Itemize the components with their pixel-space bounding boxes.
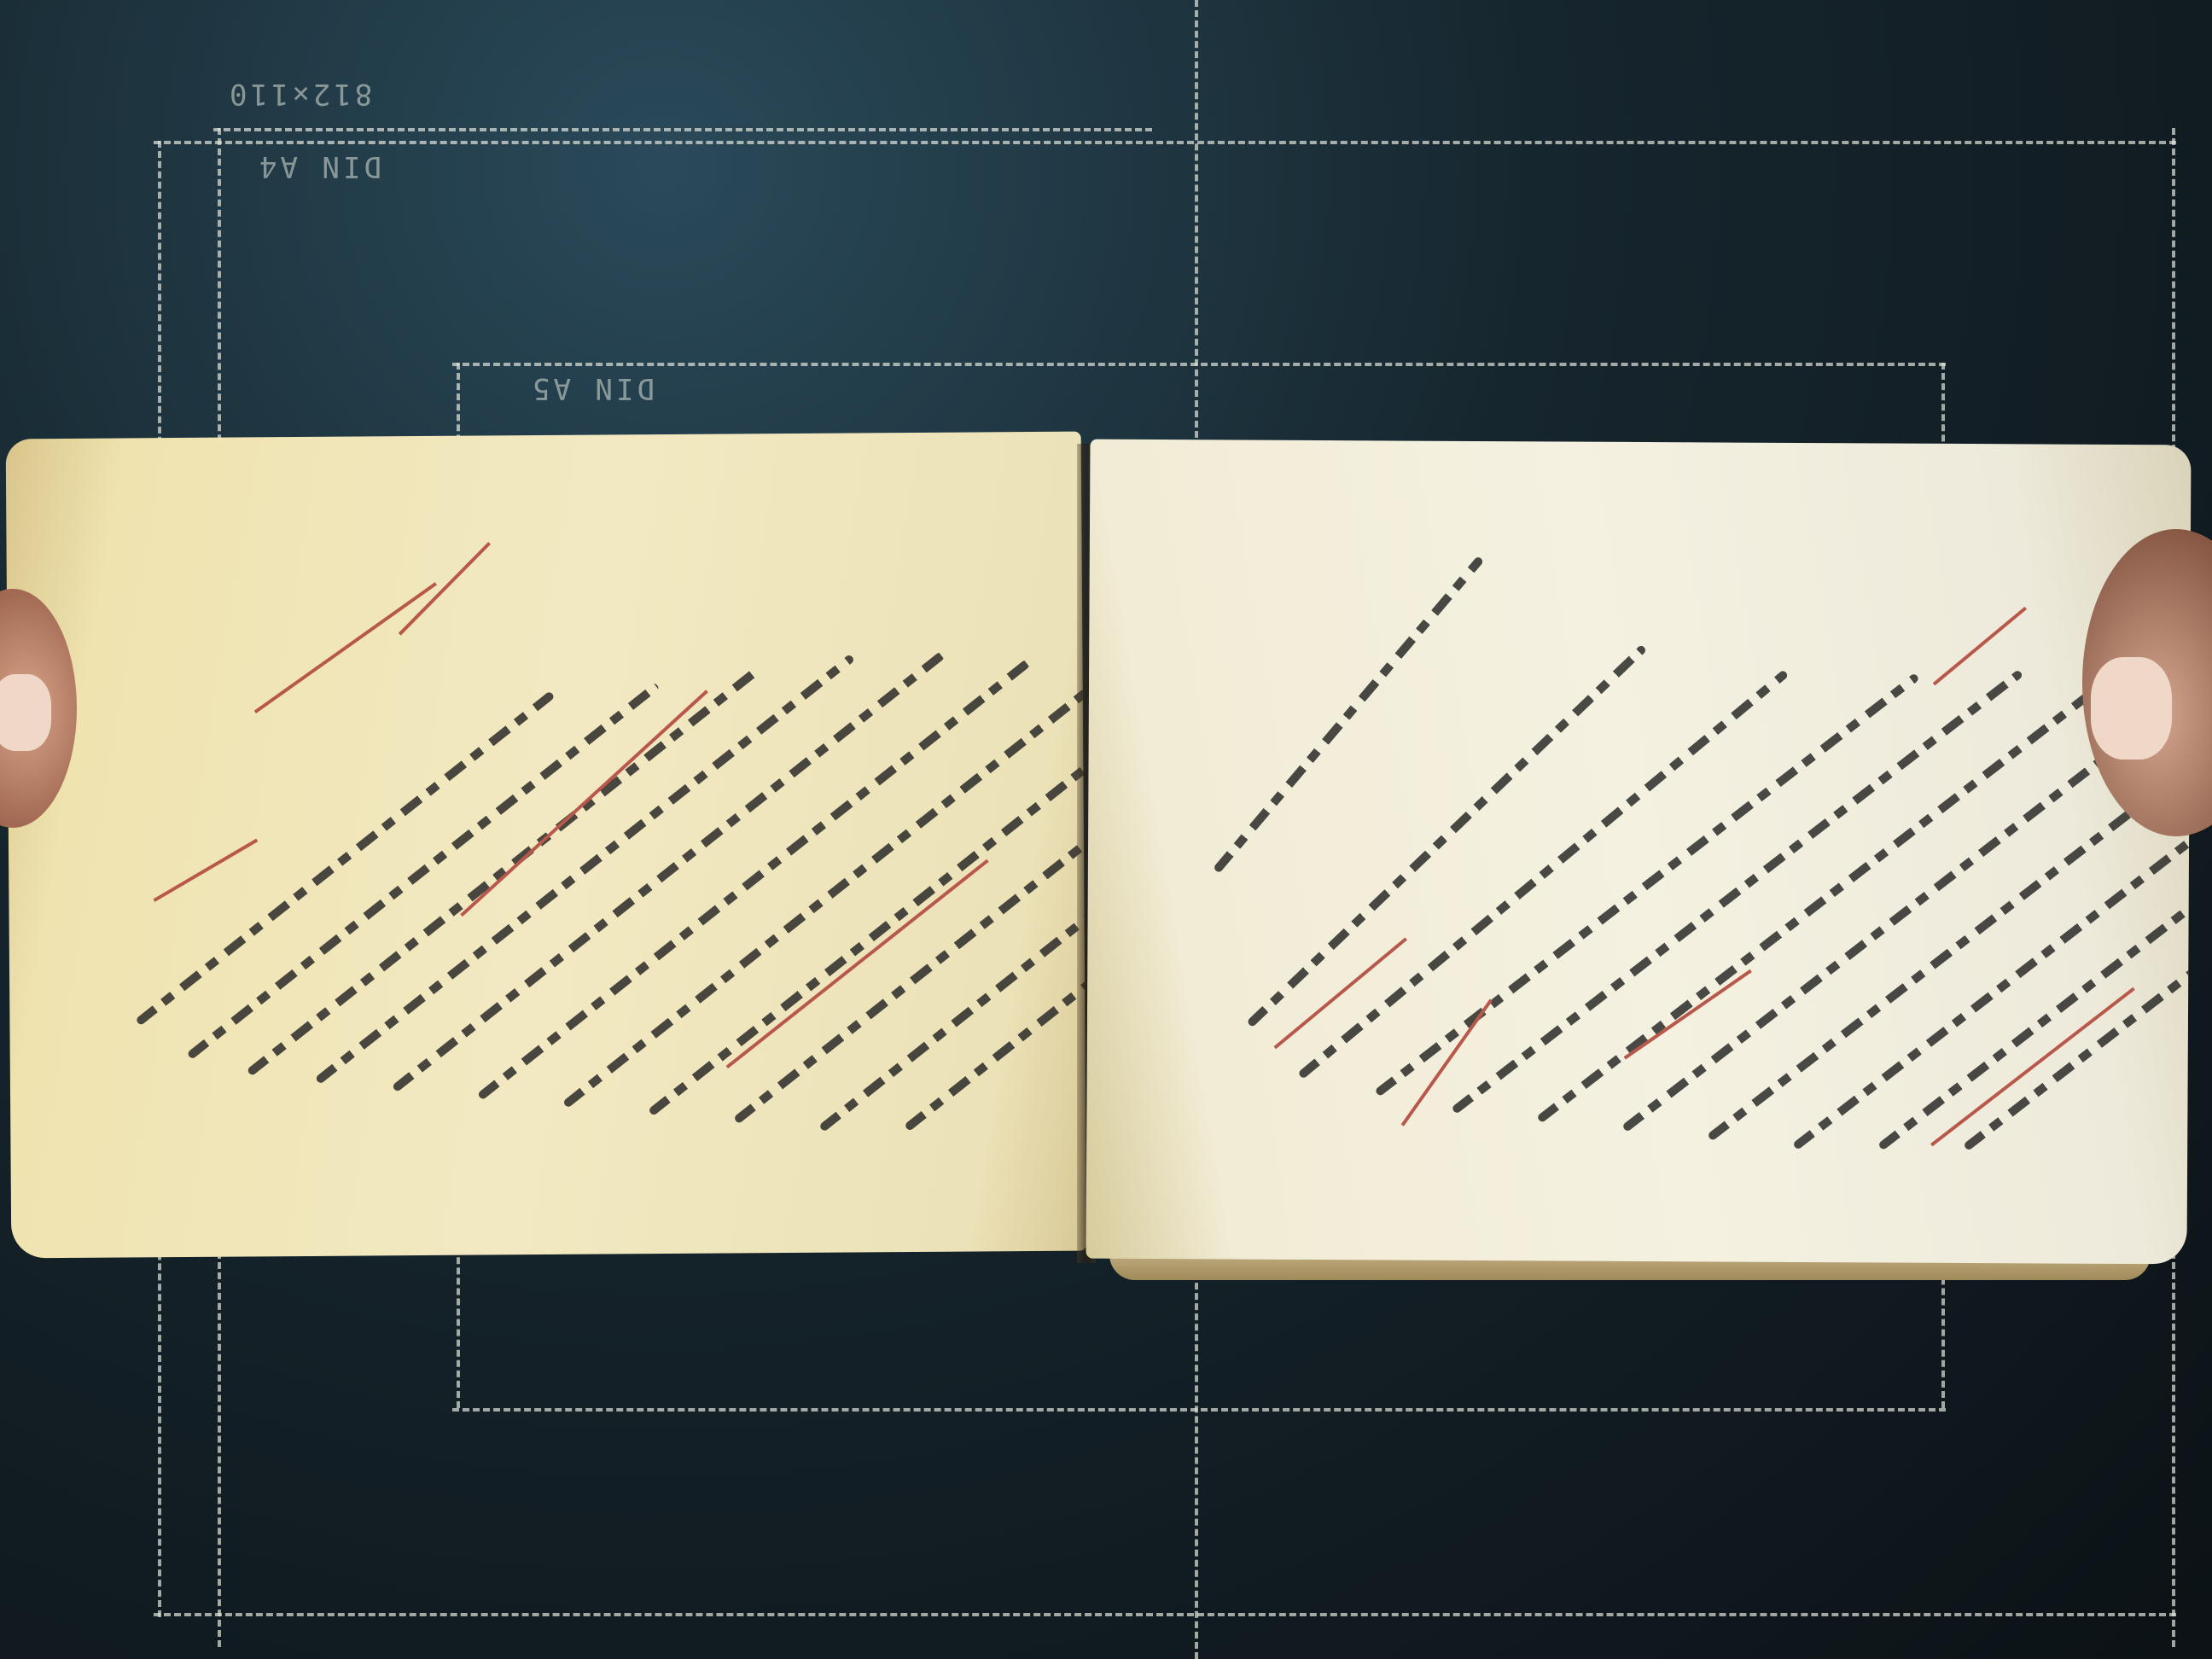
- left-thumbnail: [0, 674, 51, 751]
- rubric-stroke: [1274, 937, 1407, 1049]
- mat-grid-line: [154, 141, 2176, 144]
- mat-grid-line: [452, 1408, 1946, 1412]
- left-page: [6, 432, 1087, 1259]
- rubric-stroke: [1930, 987, 2135, 1147]
- right-thumbnail: [2091, 657, 2172, 760]
- manuscript: [9, 427, 2193, 1297]
- mat-grid-line: [452, 363, 1946, 366]
- rubric-stroke: [399, 542, 491, 636]
- mat-grid-line: [154, 1613, 2176, 1616]
- mat-grid-line: [213, 128, 1152, 131]
- left-page-text: [100, 500, 1026, 1164]
- mat-label: DIN A5: [529, 371, 655, 405]
- mat-label: DIN A4: [256, 149, 381, 183]
- mat-label: 812×110: [226, 77, 372, 111]
- rubric-stroke: [254, 582, 437, 713]
- right-page: [1086, 439, 2191, 1265]
- rubric-stroke: [153, 839, 258, 902]
- right-page-text: [1180, 508, 2131, 1170]
- rubric-stroke: [726, 859, 989, 1068]
